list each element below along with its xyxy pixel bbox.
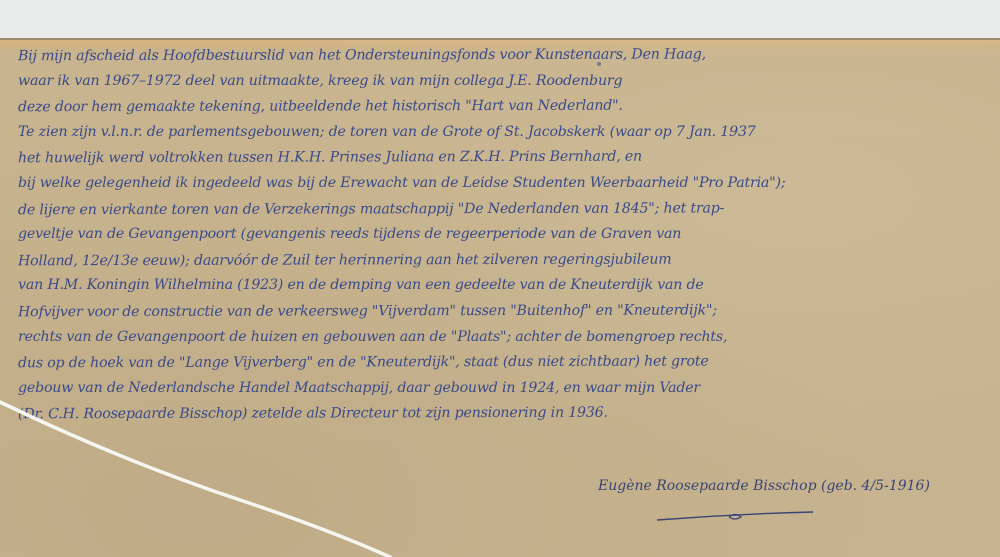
handwritten-text: Bij mijn afscheid als Hoofdbestuurslid v… [18, 43, 988, 427]
text-line: Holland, 12e/13e eeuw); daarvóór de Zuil… [18, 246, 988, 274]
text-line: de lijere en vierkante toren van de Verz… [18, 195, 988, 223]
signature-underline-icon [655, 510, 815, 522]
wall-background [0, 0, 1000, 38]
text-line: geveltje van de Gevangenpoort (gevangeni… [18, 222, 988, 248]
text-line: bij welke gelegenheid ik ingedeeld was b… [18, 171, 988, 197]
text-line: Bij mijn afscheid als Hoofdbestuurslid v… [18, 42, 988, 70]
text-line: waar ik van 1967–1972 deel van uitmaakte… [18, 69, 988, 95]
text-line: (Dr. C.H. Roosepaarde Bisschop) zetelde … [18, 400, 988, 428]
signature: Eugène Roosepaarde Bisschop (geb. 4/5-19… [598, 478, 930, 494]
text-line: het huwelijk werd voltrokken tussen H.K.… [18, 144, 988, 172]
text-line: gebouw van de Nederlandsche Handel Maats… [18, 376, 988, 402]
text-line: Te zien zijn v.l.n.r. de parlementsgebou… [18, 120, 988, 146]
text-line: Hofvijver voor de constructie van de ver… [18, 298, 988, 326]
text-line: van H.M. Koningin Wilhelmina (1923) en d… [18, 273, 988, 299]
text-line: deze door hem gemaakte tekening, uitbeel… [18, 93, 988, 121]
text-line: rechts van de Gevangenpoort de huizen en… [18, 325, 988, 351]
text-line: dus op de hoek van de "Lange Vijverberg"… [18, 349, 988, 377]
